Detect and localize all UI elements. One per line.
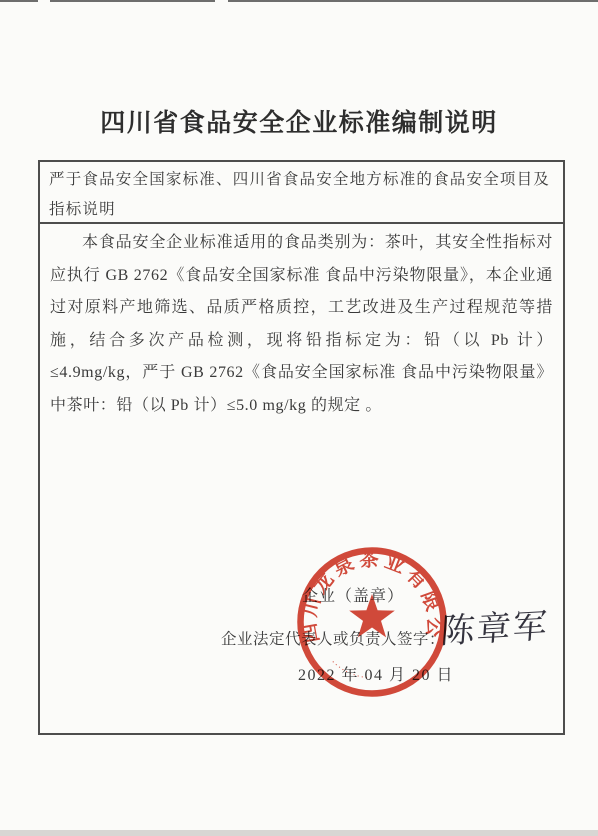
scan-artifact-bottom-edge xyxy=(0,830,598,836)
table-body-cell: 本食品安全企业标准适用的食品类别为：茶叶，其安全性指标对应执行 GB 2762《… xyxy=(40,224,563,422)
scanned-document-page: { "page": { "title": "四川省食品安全企业标准编制说明" }… xyxy=(0,0,598,836)
table-header-cell: 严于食品安全国家标准、四川省食品安全地方标准的食品安全项目及指标说明 xyxy=(40,162,563,224)
scan-artifact-top-edge xyxy=(0,0,598,2)
enterprise-seal-label: 企业（盖章） xyxy=(302,583,404,606)
signature-date: 2022 年 04 月 20 日 xyxy=(298,662,454,685)
page-title: 四川省食品安全企业标准编制说明 xyxy=(0,103,598,139)
legal-representative-sign-label: 企业法定代表人或负责人签字： xyxy=(221,627,445,649)
handwritten-signature: 陈章军 xyxy=(439,598,550,653)
body-paragraph: 本食品安全企业标准适用的食品类别为：茶叶，其安全性指标对应执行 GB 2762《… xyxy=(50,227,553,422)
